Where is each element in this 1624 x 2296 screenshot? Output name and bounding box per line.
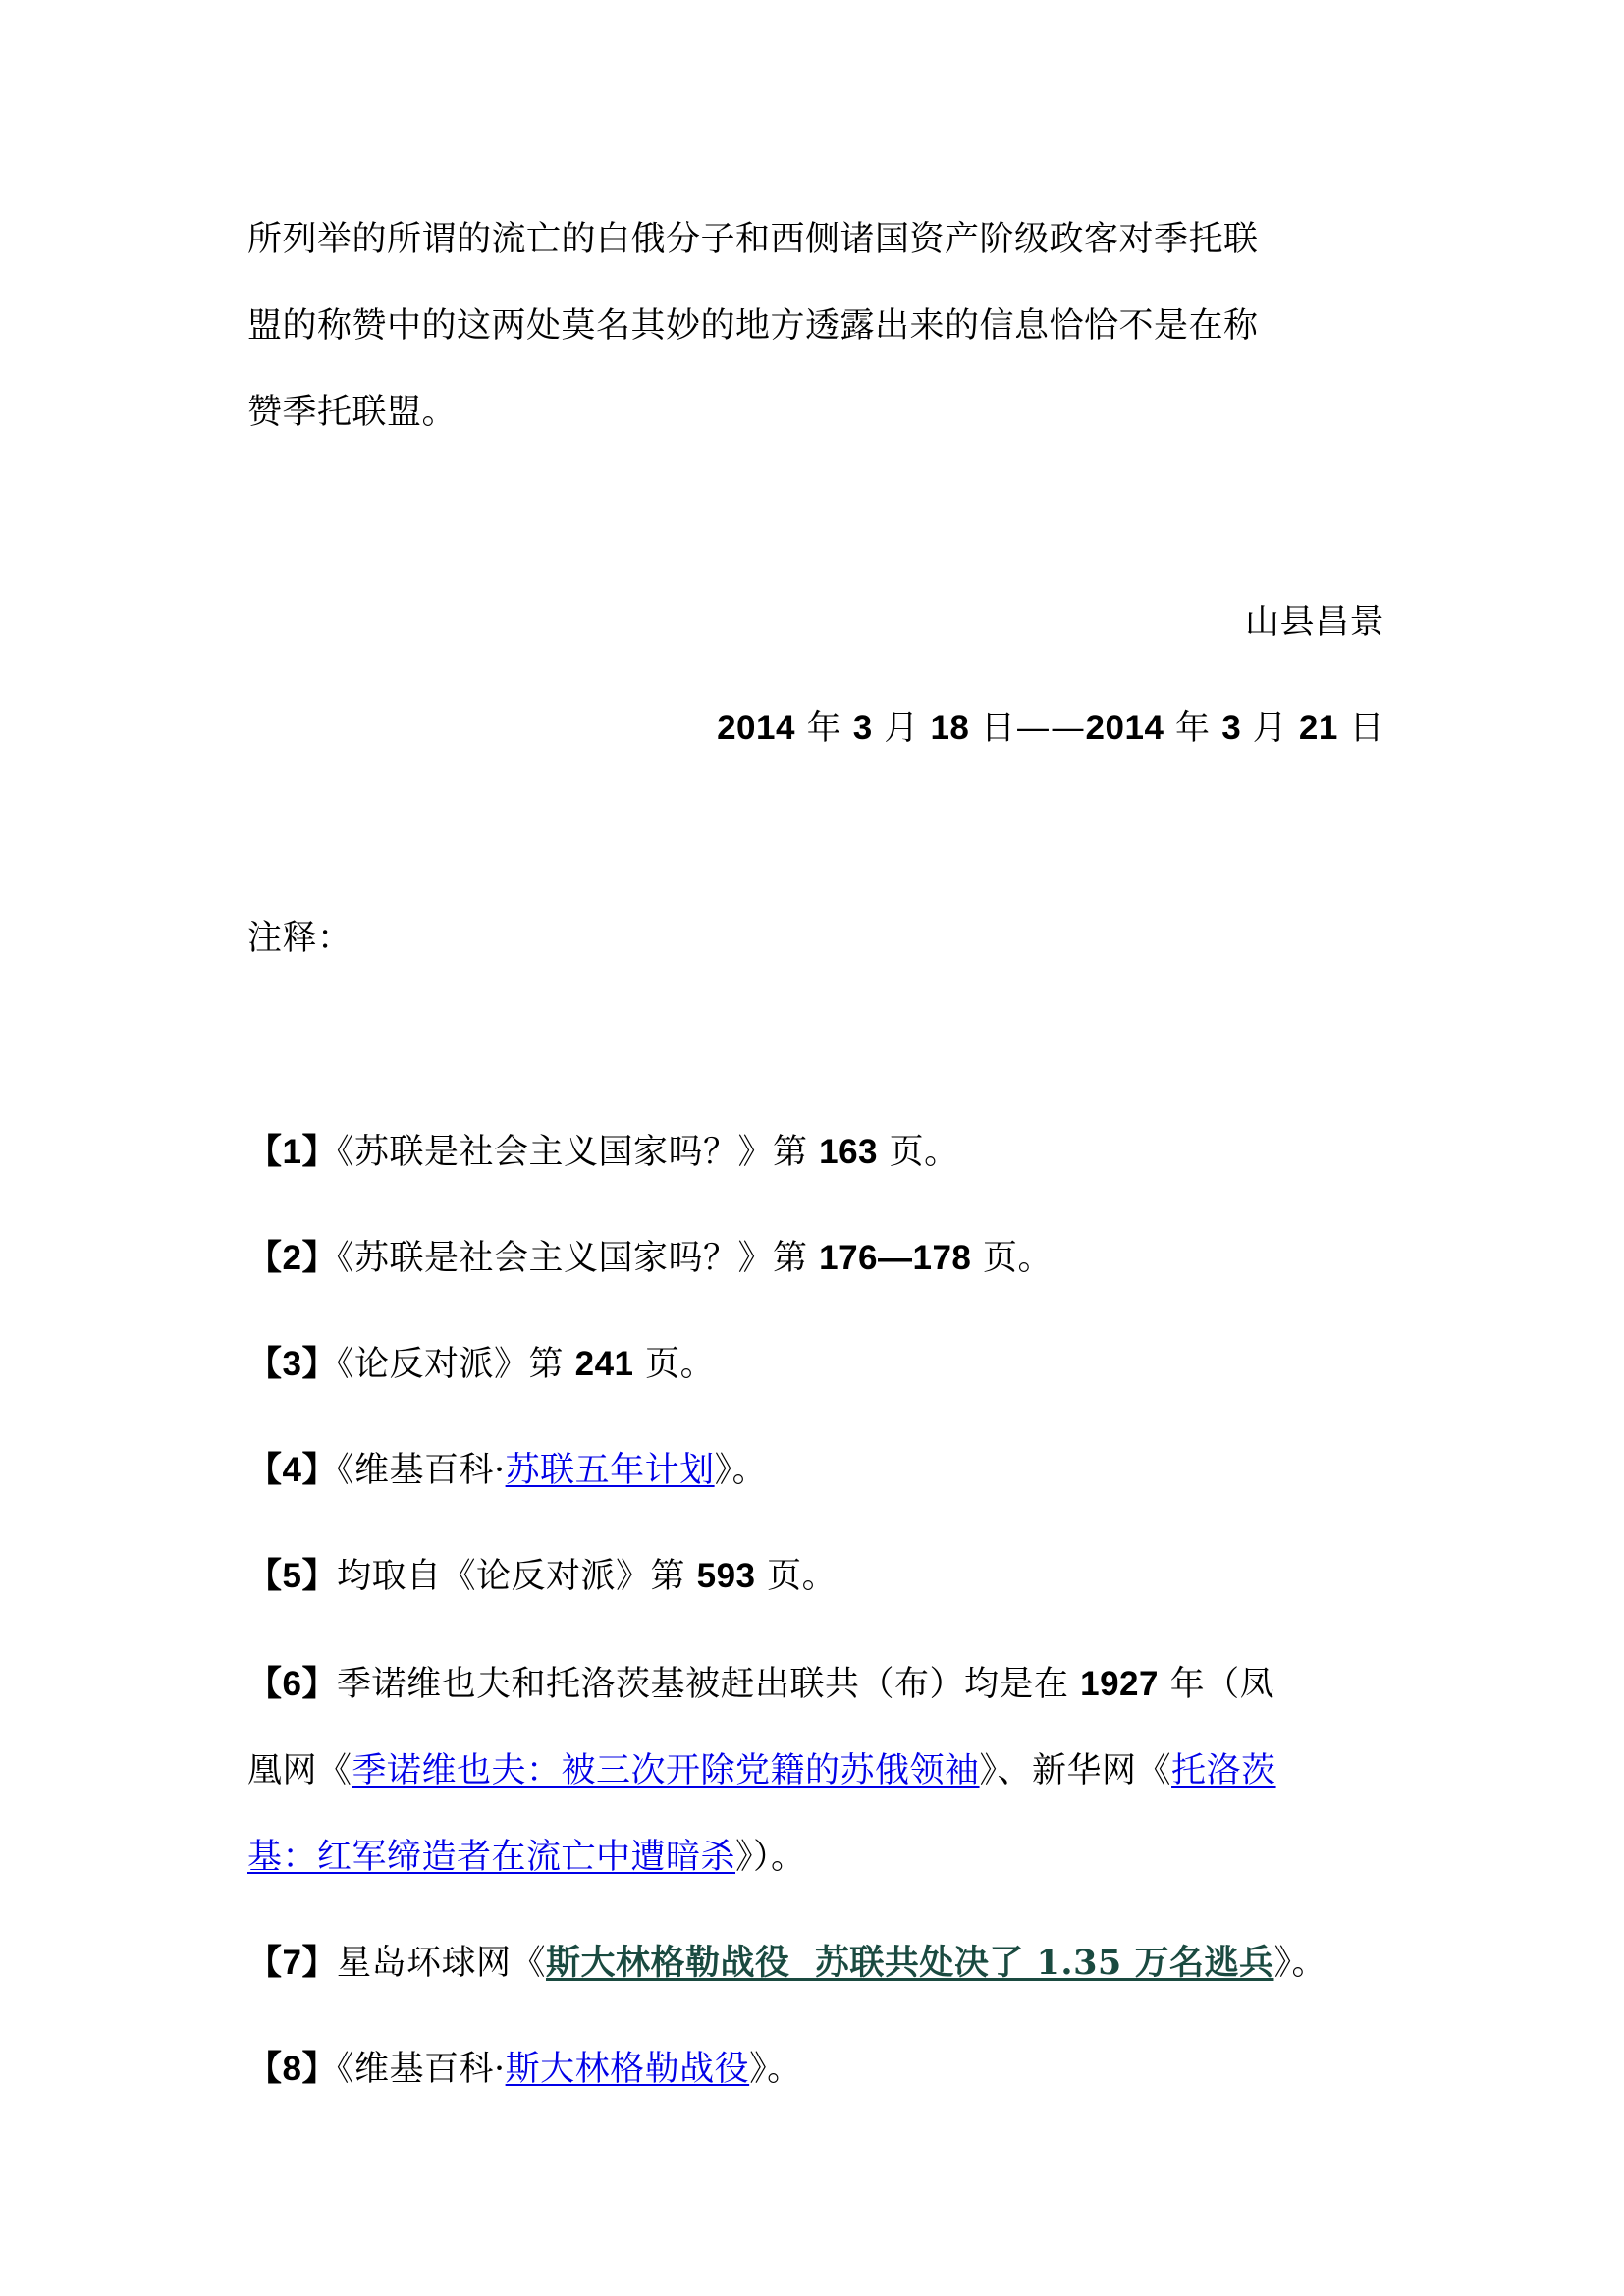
paragraph-line-2: 盟的称赞中的这两处莫名其妙的地方透露出来的信息恰恰不是在称 <box>247 304 1259 347</box>
note-2: 【2】《苏联是社会主义国家吗？》第 176—178 页。 <box>247 1237 1053 1280</box>
note-6-line-3: 基：红军缔造者在流亡中遭暗杀》）。 <box>247 1836 806 1879</box>
note-text: 》。 <box>715 1451 768 1490</box>
date-month-start: 3 <box>853 709 873 747</box>
note-marker: 【1】 <box>247 1133 337 1171</box>
link-battle-of-stalingrad[interactable]: 斯大林格勒战役 <box>506 2050 750 2089</box>
note-marker: 【6】 <box>247 1665 337 1703</box>
note-text: 《苏联是社会主义国家吗？》第 <box>337 1133 819 1172</box>
note-page: 176—178 <box>819 1239 971 1277</box>
link-trotsky-article[interactable]: 托洛茨 <box>1171 1751 1276 1790</box>
note-text: 《苏联是社会主义国家吗？》第 <box>337 1239 819 1278</box>
link-stalingrad-deserters[interactable]: 斯大林格勒战役 苏联共处决了 1.35 万名逃兵 <box>546 1943 1274 1983</box>
note-text: 季诺维也夫和托洛茨基被赶出联共（布）均是在 <box>337 1665 1080 1704</box>
note-text: 凰网《 <box>247 1751 352 1790</box>
note-text: 《维基百科· <box>337 1451 506 1490</box>
date-text: 年 <box>795 709 853 748</box>
note-page: 163 <box>819 1133 878 1171</box>
paragraph-line-1: 所列举的所谓的流亡的白俄分子和西侧诸国资产阶级政客对季托联 <box>247 218 1259 261</box>
author-signature: 山县昌景 <box>1245 601 1384 644</box>
date-day-end: 21 <box>1299 709 1338 747</box>
note-3: 【3】《论反对派》第 241 页。 <box>247 1343 715 1386</box>
date-text: 日 <box>1338 709 1384 748</box>
note-text: 页。 <box>878 1133 959 1172</box>
note-text: 星岛环球网《 <box>337 1944 546 1983</box>
note-text: 《维基百科· <box>337 2050 506 2089</box>
date-range: 2014 年 3 月 18 日——2014 年 3 月 21 日 <box>717 707 1384 750</box>
note-6-line-1: 【6】季诺维也夫和托洛茨基被赶出联共（布）均是在 1927 年（凤 <box>247 1663 1274 1706</box>
note-text: 《论反对派》第 <box>337 1345 575 1384</box>
note-8: 【8】《维基百科·斯大林格勒战役》。 <box>247 2048 802 2091</box>
date-month-end: 3 <box>1221 709 1241 747</box>
note-text: 》）。 <box>735 1838 806 1877</box>
note-7: 【7】星岛环球网《斯大林格勒战役 苏联共处决了 1.35 万名逃兵》。 <box>247 1942 1326 1985</box>
note-text: 页。 <box>756 1557 838 1596</box>
note-text: 》。 <box>1273 1944 1326 1983</box>
note-text: 年（凤 <box>1159 1665 1274 1704</box>
note-marker: 【3】 <box>247 1345 337 1383</box>
note-marker: 【7】 <box>247 1944 337 1982</box>
note-6-line-2: 凰网《季诺维也夫：被三次开除党籍的苏俄领袖》、新华网《托洛茨 <box>247 1749 1276 1792</box>
note-marker: 【8】 <box>247 2050 337 2088</box>
note-1: 【1】《苏联是社会主义国家吗？》第 163 页。 <box>247 1131 959 1174</box>
date-text: 日—— <box>969 709 1085 748</box>
note-marker: 【4】 <box>247 1451 337 1489</box>
note-page: 241 <box>575 1345 634 1383</box>
note-page: 593 <box>697 1557 756 1595</box>
date-year-start: 2014 <box>717 709 795 747</box>
note-text: 》、新华网《 <box>980 1751 1172 1790</box>
note-5: 【5】均取自《论反对派》第 593 页。 <box>247 1555 837 1598</box>
note-text: 页。 <box>634 1345 716 1384</box>
note-year: 1927 <box>1080 1665 1159 1703</box>
note-marker: 【5】 <box>247 1557 337 1595</box>
date-text: 月 <box>873 709 931 748</box>
date-text: 年 <box>1164 709 1221 748</box>
link-zinoviev-article[interactable]: 季诺维也夫：被三次开除党籍的苏俄领袖 <box>352 1751 980 1790</box>
document-page: 所列举的所谓的流亡的白俄分子和西侧诸国资产阶级政客对季托联 盟的称赞中的这两处莫… <box>0 0 1624 2296</box>
link-soviet-five-year-plan[interactable]: 苏联五年计划 <box>506 1451 715 1490</box>
date-day-start: 18 <box>930 709 969 747</box>
date-text: 月 <box>1241 709 1299 748</box>
note-text: 》。 <box>749 2050 802 2089</box>
note-text: 页。 <box>971 1239 1053 1278</box>
note-text: 均取自《论反对派》第 <box>337 1557 697 1596</box>
paragraph-line-3: 赞季托联盟。 <box>247 391 457 434</box>
link-trotsky-article-continued[interactable]: 基：红军缔造者在流亡中遭暗杀 <box>247 1838 735 1877</box>
note-marker: 【2】 <box>247 1239 337 1277</box>
note-4: 【4】《维基百科·苏联五年计划》。 <box>247 1449 767 1492</box>
date-year-end: 2014 <box>1086 709 1164 747</box>
notes-heading: 注释： <box>247 917 352 960</box>
